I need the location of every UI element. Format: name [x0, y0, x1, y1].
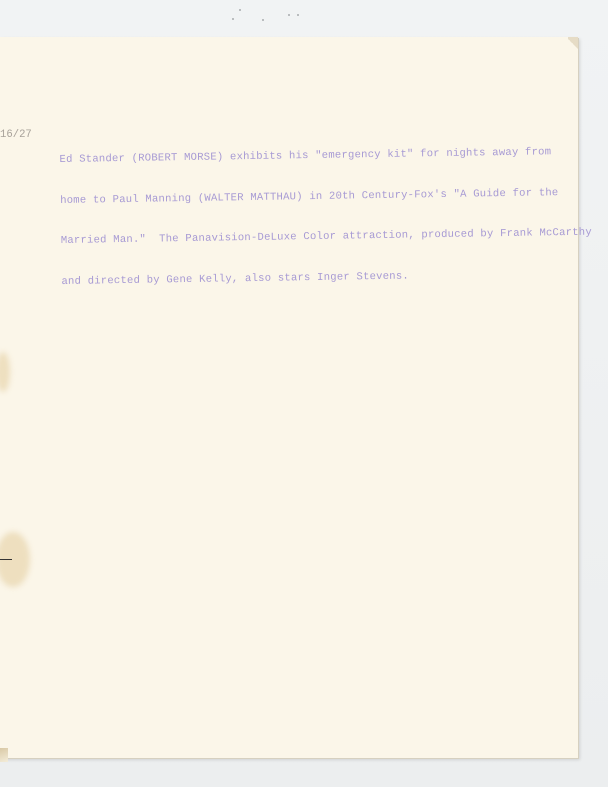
paper-corner-curl — [0, 748, 8, 762]
reference-number: 16/27 — [0, 129, 32, 141]
caption-line: home to Paul Manning (WALTER MATTHAU) in… — [60, 187, 560, 208]
caption-text: Ed Stander (ROBERT MORSE) exhibits his "… — [59, 119, 562, 316]
paper-sheet: 16/27 Ed Stander (ROBERT MORSE) exhibits… — [0, 37, 578, 758]
caption-line: Ed Stander (ROBERT MORSE) exhibits his "… — [59, 146, 559, 167]
stain — [0, 352, 10, 392]
caption-line: Married Man." The Panavision-DeLuxe Colo… — [61, 227, 561, 248]
edge-mark — [0, 559, 12, 560]
caption-line: and directed by Gene Kelly, also stars I… — [61, 268, 561, 289]
